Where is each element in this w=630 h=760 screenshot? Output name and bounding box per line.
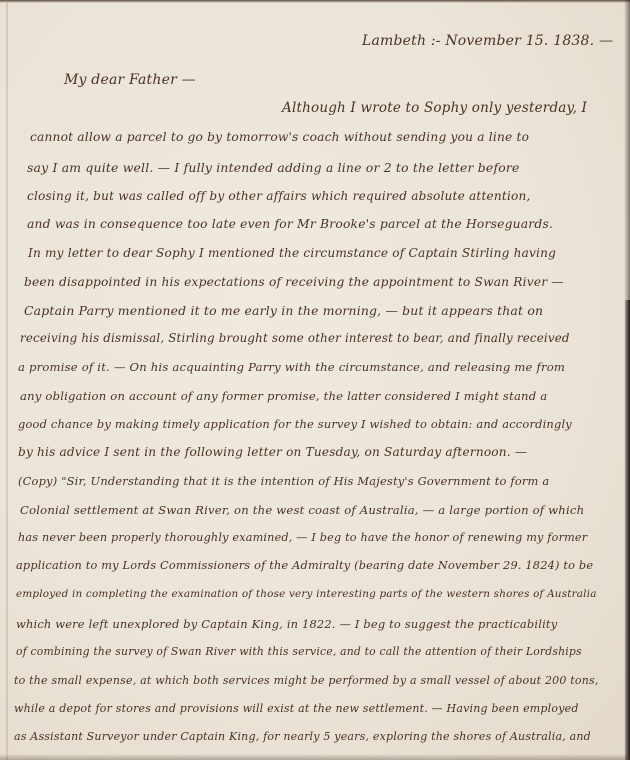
letter-line-12: good chance by making timely application… <box>18 417 572 431</box>
letter-line-9: receiving his dismissal, Stirling brough… <box>20 331 570 345</box>
letter-line-11: any obligation on account of any former … <box>20 389 547 403</box>
letter-line-2: cannot allow a parcel to go by tomorrow'… <box>30 130 529 144</box>
letter-line-21: to the small expense, at which both serv… <box>14 674 599 687</box>
letter-line-16: has never been properly thoroughly exami… <box>18 531 587 544</box>
letter-line-5: and was in consequence too late even for… <box>27 217 553 231</box>
letter-line-6: In my letter to dear Sophy I mentioned t… <box>28 246 556 260</box>
letter-line-8: Captain Parry mentioned it to me early i… <box>24 303 543 318</box>
letter-line-15: Colonial settlement at Swan River, on th… <box>20 503 584 517</box>
dateline: Lambeth :- November 15. 1838. — <box>362 33 613 49</box>
letter-page: Lambeth :- November 15. 1838. — My dear … <box>0 0 630 760</box>
page-top-edge <box>0 0 630 3</box>
letter-line-4: closing it, but was called off by other … <box>27 189 531 203</box>
page-right-edge <box>624 0 630 760</box>
page-left-fold <box>6 0 8 760</box>
letter-line-1: Although I wrote to Sophy only yesterday… <box>282 100 587 116</box>
page-bottom-edge <box>0 754 630 760</box>
letter-line-3: say I am quite well. — I fully intended … <box>27 160 520 175</box>
letter-line-22: while a depot for stores and provisions … <box>14 702 579 715</box>
letter-line-20: of combining the survey of Swan River wi… <box>16 645 582 658</box>
letter-line-7: been disappointed in his expectations of… <box>24 275 564 289</box>
letter-line-18: employed in completing the examination o… <box>16 588 597 600</box>
letter-line-10: a promise of it. — On his acquainting Pa… <box>18 360 565 374</box>
page-edge-tear <box>625 300 630 760</box>
letter-line-13: by his advice I sent in the following le… <box>18 445 527 459</box>
salutation: My dear Father — <box>64 72 196 88</box>
letter-line-19: which were left unexplored by Captain Ki… <box>16 617 557 631</box>
letter-line-23: as Assistant Surveyor under Captain King… <box>14 730 591 743</box>
letter-line-14-copy: (Copy) "Sir, Understanding that it is th… <box>18 474 549 488</box>
letter-line-17: application to my Lords Commissioners of… <box>16 559 593 572</box>
